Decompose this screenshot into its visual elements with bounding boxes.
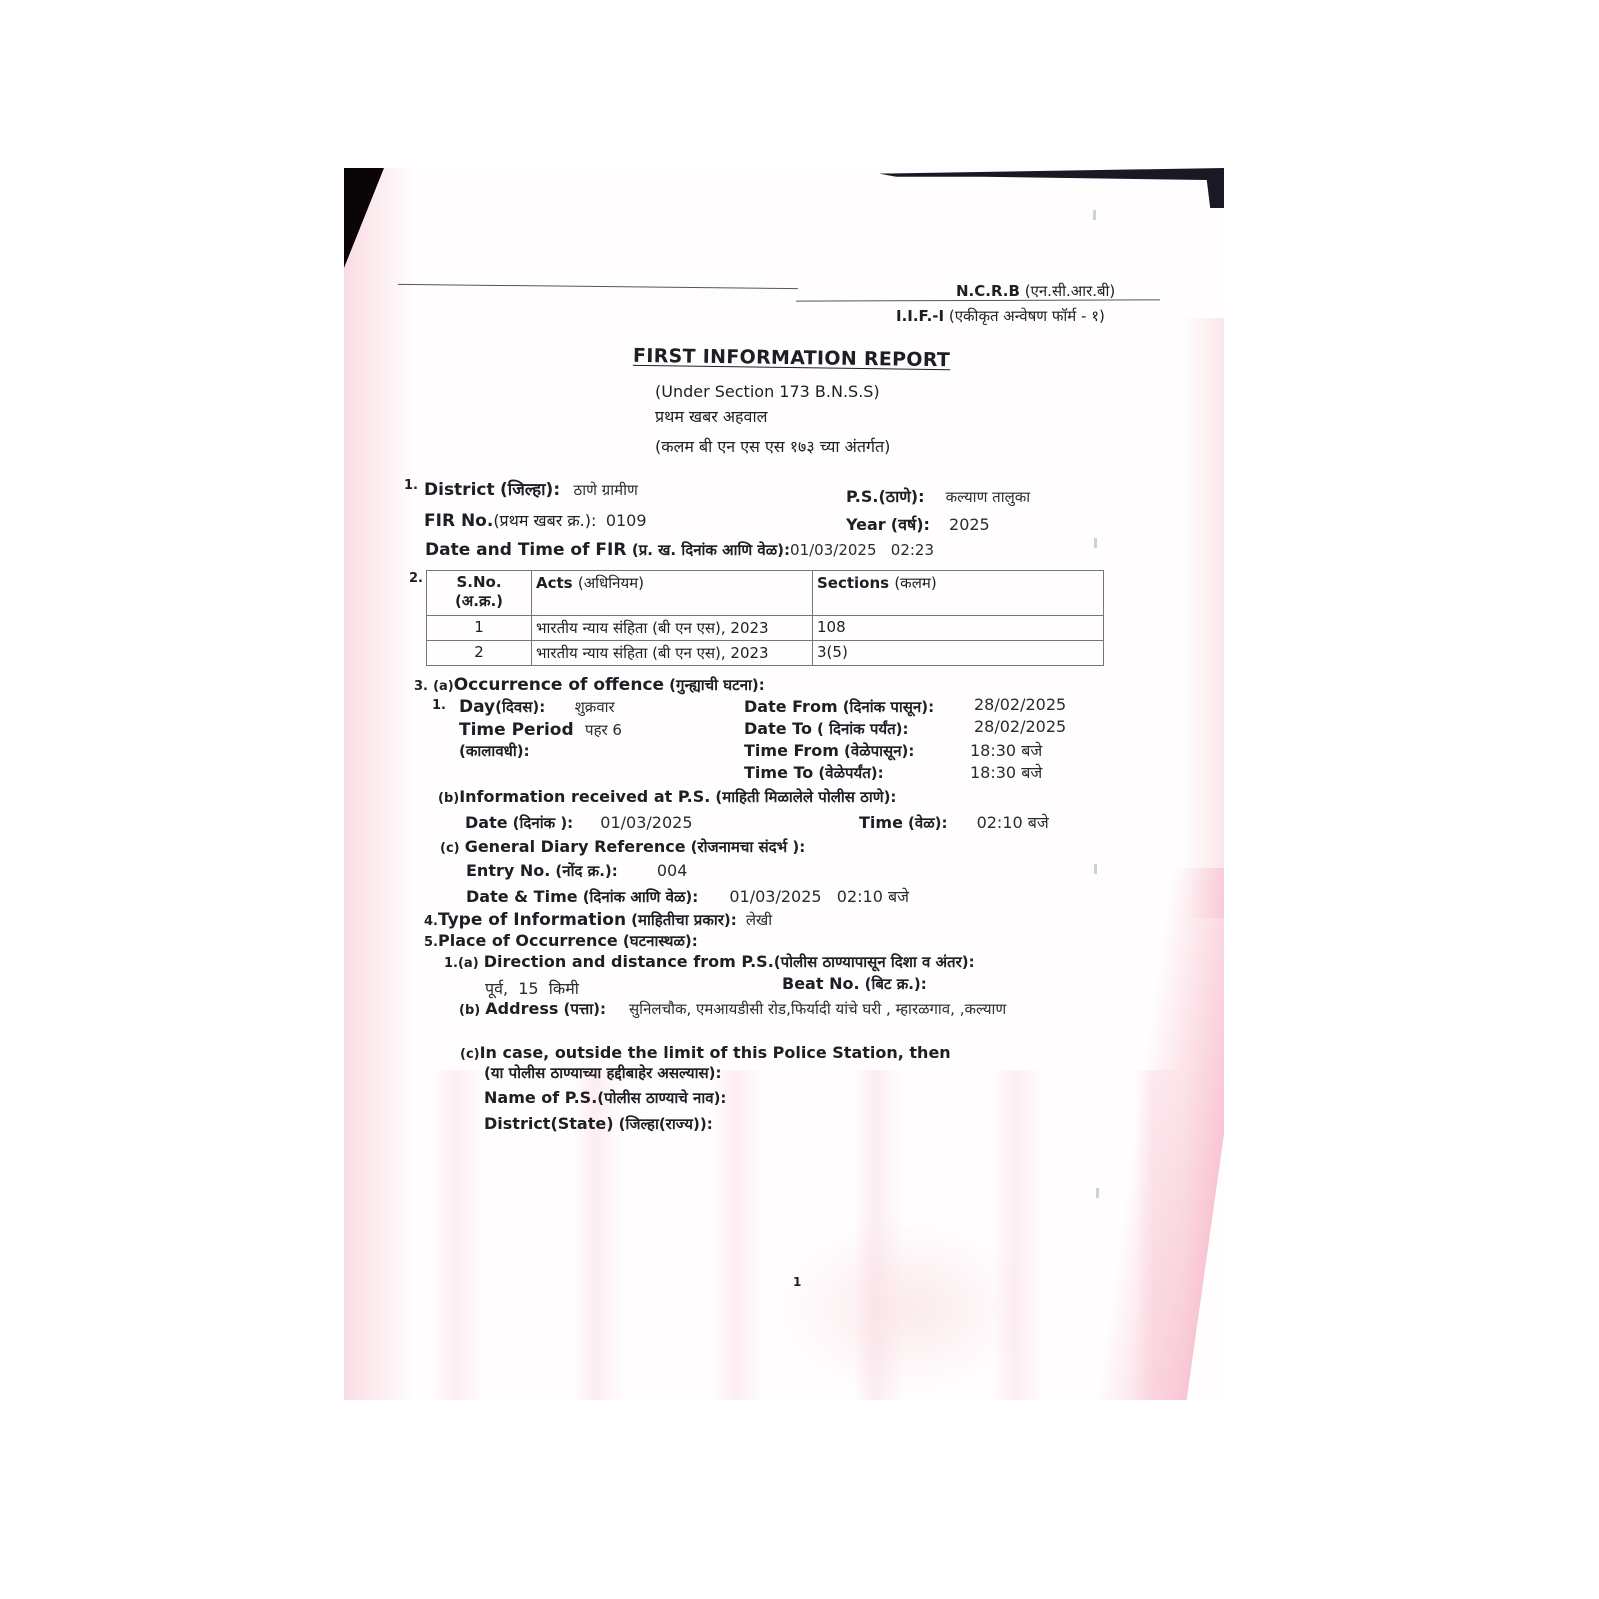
occurrence-label: Occurrence of offence bbox=[454, 675, 664, 695]
entry-no-field: Entry No. (नोंद क्र.): 004 bbox=[466, 861, 687, 881]
iif-header: I.I.F.-I (एकीकृत अन्वेषण फॉर्म - १) bbox=[896, 306, 1105, 326]
year-label-dev: (वर्ष): bbox=[891, 515, 930, 534]
scan-tint bbox=[344, 168, 414, 1400]
direction-value: पूर्व, 15 किमी bbox=[485, 977, 579, 999]
diary-datetime-field: Date & Time (दिनांक आणि वेळ): 01/03/2025… bbox=[466, 885, 909, 907]
date-to-label-dev: ( दिनांक पर्यंत): bbox=[817, 720, 909, 738]
entry-no-label: Entry No. bbox=[466, 861, 550, 880]
info-date-label: Date bbox=[465, 813, 508, 832]
page-corner-shadow bbox=[344, 168, 384, 268]
fir-value: 0109 bbox=[606, 511, 647, 530]
ncrb-header: N.C.R.B (एन.सी.आर.बी) bbox=[956, 281, 1115, 301]
ps-label: P.S. bbox=[846, 487, 878, 506]
info-type-value: लेखी bbox=[746, 911, 772, 929]
info-time-value: 02:10 बजे bbox=[977, 813, 1049, 832]
date-to-label: Date To bbox=[744, 719, 812, 738]
date-to-field: Date To ( दिनांक पर्यंत): bbox=[744, 719, 909, 739]
sub-tag: (c) bbox=[440, 841, 460, 856]
scan-tint bbox=[344, 1070, 1224, 1400]
occurrence-label-dev: (गुन्ह्याची घटना): bbox=[669, 676, 765, 694]
date-to-value: 28/02/2025 bbox=[974, 717, 1066, 736]
fir-label: FIR No. bbox=[424, 511, 493, 531]
info-type-field: 4.Type of Information (माहितीचा प्रकार):… bbox=[424, 910, 772, 930]
place-label-dev: (घटनास्थळ): bbox=[623, 932, 698, 950]
district-state-label: District(State) bbox=[484, 1114, 614, 1133]
ps-value: कल्याण तालुका bbox=[946, 488, 1031, 506]
fir-no-field: FIR No.(प्रथम खबर क्र.): 0109 bbox=[424, 509, 647, 531]
occurrence-heading: 3. (a)Occurrence of offence (गुन्ह्याची … bbox=[414, 675, 765, 695]
time-from-field: Time From (वेळेपासून): bbox=[744, 741, 914, 761]
info-type-label-dev: (माहितीचा प्रकार): bbox=[631, 911, 737, 929]
scan-speck bbox=[1093, 210, 1096, 220]
section-number: 4. bbox=[424, 914, 438, 929]
section-number: 3. bbox=[414, 679, 428, 694]
date-from-value: 28/02/2025 bbox=[974, 695, 1066, 714]
time-to-label-dev: (वेळेपर्यंत): bbox=[818, 764, 883, 782]
header-sno: S.No. (अ.क्र.) bbox=[427, 571, 532, 616]
diary-datetime-label: Date & Time bbox=[466, 887, 578, 906]
date-from-label: Date From bbox=[744, 697, 838, 716]
outside-limit-heading: (c)In case, outside the limit of this Po… bbox=[460, 1043, 951, 1062]
iif-label: I.I.F.-I bbox=[896, 307, 944, 325]
date-from-field: Date From (दिनांक पासून): bbox=[744, 697, 934, 717]
ps-field: P.S.(ठाणे): कल्याण तालुका bbox=[846, 485, 1030, 507]
info-date-label-dev: (दिनांक ): bbox=[513, 814, 574, 832]
page-edge-shadow bbox=[879, 168, 1224, 208]
scan-tint bbox=[1097, 868, 1224, 1400]
acts-sections-table: S.No. (अ.क्र.) Acts (अधिनियम) Sections (… bbox=[426, 570, 1104, 666]
header-acts-dev: (अधिनियम) bbox=[578, 574, 644, 592]
info-time-label-dev: (वेळ): bbox=[908, 814, 947, 832]
day-field: Day(दिवस): शुक्रवार bbox=[459, 697, 615, 717]
day-label: Day bbox=[459, 697, 495, 717]
general-diary-label-dev: (रोजनामचा संदर्भ ): bbox=[691, 838, 806, 856]
header-sno-label: S.No. bbox=[456, 573, 501, 591]
cell-act: भारतीय न्याय संहिता (बी एन एस), 2023 bbox=[532, 616, 813, 641]
address-label-dev: (पत्ता): bbox=[563, 1000, 605, 1018]
table-row: 1 भारतीय न्याय संहिता (बी एन एस), 2023 1… bbox=[427, 616, 1104, 641]
document-title: FIRST INFORMATION REPORT bbox=[633, 345, 950, 371]
time-from-label-dev: (वेळेपासून): bbox=[844, 742, 914, 760]
marathi-title: प्रथम खबर अहवाल bbox=[655, 405, 767, 427]
time-period-label: Time Period bbox=[459, 720, 574, 740]
header-sections: Sections (कलम) bbox=[813, 571, 1104, 616]
scan-speck bbox=[1094, 538, 1097, 548]
table-row: 2 भारतीय न्याय संहिता (बी एन एस), 2023 3… bbox=[427, 641, 1104, 666]
beat-no-label: Beat No. bbox=[782, 974, 860, 993]
time-from-value: 18:30 बजे bbox=[970, 739, 1042, 761]
time-from-label: Time From bbox=[744, 741, 839, 760]
under-section: (Under Section 173 B.N.S.S) bbox=[655, 382, 880, 401]
district-field: District (जिल्हा): ठाणे ग्रामीण bbox=[424, 477, 638, 500]
beat-no-field: Beat No. (बिट क्र.): bbox=[782, 974, 927, 994]
diary-datetime-value: 01/03/2025 02:10 बजे bbox=[729, 887, 909, 906]
header-acts-label: Acts bbox=[536, 574, 573, 592]
scan-tint bbox=[1184, 318, 1224, 918]
ps-label-dev: (ठाणे): bbox=[878, 487, 924, 506]
scan-tint bbox=[774, 1218, 1034, 1398]
header-acts: Acts (अधिनियम) bbox=[532, 571, 813, 616]
date-from-label-dev: (दिनांक पासून): bbox=[843, 698, 934, 716]
district-state-field: District(State) (जिल्हा(राज्य)): bbox=[484, 1114, 713, 1134]
cell-sno: 2 bbox=[427, 641, 532, 666]
sub-tag: 1.(a) bbox=[444, 956, 479, 971]
entry-no-value: 004 bbox=[657, 861, 688, 880]
info-received-heading: (b)Information received at P.S. (माहिती … bbox=[438, 787, 896, 807]
year-label: Year bbox=[846, 515, 886, 534]
sub-tag: (c) bbox=[460, 1047, 480, 1062]
sub-number: 1. bbox=[432, 698, 446, 713]
diary-datetime-label-dev: (दिनांक आणि वेळ): bbox=[583, 888, 699, 906]
cell-section: 3(5) bbox=[813, 641, 1104, 666]
iif-label-dev: (एकीकृत अन्वेषण फॉर्म - १) bbox=[949, 307, 1105, 325]
time-period-value: पहर 6 bbox=[585, 721, 622, 739]
scan-speck bbox=[1096, 1188, 1099, 1198]
section-number: 2. bbox=[409, 571, 423, 586]
time-to-label: Time To bbox=[744, 763, 813, 782]
table-header-row: S.No. (अ.क्र.) Acts (अधिनियम) Sections (… bbox=[427, 571, 1104, 616]
time-to-field: Time To (वेळेपर्यंत): bbox=[744, 763, 884, 783]
day-label-dev: (दिवस): bbox=[495, 698, 545, 716]
sub-tag: (b) bbox=[438, 791, 459, 806]
info-time-field: Time (वेळ): 02:10 बजे bbox=[859, 811, 1049, 833]
sub-tag: (b) bbox=[459, 1003, 480, 1018]
address-value: सुनिलचौक, एमआयडीसी रोड,फिर्यादी यांचे घर… bbox=[629, 1000, 1006, 1018]
direction-heading: 1.(a) Direction and distance from P.S.(प… bbox=[444, 952, 975, 972]
cell-sno: 1 bbox=[427, 616, 532, 641]
fir-datetime-label-dev: (प्र. ख. दिनांक आणि वेळ): bbox=[632, 541, 790, 559]
beat-no-label-dev: (बिट क्र.): bbox=[865, 975, 927, 993]
ps-name-field: Name of P.S.(पोलीस ठाण्याचे नाव): bbox=[484, 1088, 726, 1108]
fir-datetime-value: 01/03/2025 02:23 bbox=[790, 541, 934, 559]
info-time-label: Time bbox=[859, 813, 903, 832]
section-number: 1. bbox=[404, 478, 418, 493]
header-sections-label: Sections bbox=[817, 574, 889, 592]
scan-speck bbox=[1094, 864, 1097, 874]
outside-limit-label: In case, outside the limit of this Polic… bbox=[480, 1043, 951, 1062]
info-date-field: Date (दिनांक ): 01/03/2025 bbox=[465, 813, 693, 833]
district-label: District bbox=[424, 480, 495, 500]
entry-no-label-dev: (नोंद क्र.): bbox=[555, 862, 617, 880]
district-label-dev: (जिल्हा): bbox=[500, 480, 560, 500]
general-diary-heading: (c) General Diary Reference (रोजनामचा सं… bbox=[440, 837, 805, 857]
marathi-section: (कलम बी एन एस एस १७३ च्या अंतर्गत) bbox=[655, 435, 890, 457]
info-date-value: 01/03/2025 bbox=[600, 813, 692, 832]
day-value: शुक्रवार bbox=[575, 698, 615, 716]
general-diary-label: General Diary Reference bbox=[465, 837, 686, 856]
cell-act: भारतीय न्याय संहिता (बी एन एस), 2023 bbox=[532, 641, 813, 666]
year-value: 2025 bbox=[949, 515, 990, 534]
info-received-label: Information received at P.S. bbox=[459, 787, 710, 806]
section-number: 5. bbox=[424, 935, 438, 950]
info-type-label: Type of Information bbox=[438, 910, 626, 930]
address-label: Address bbox=[485, 999, 558, 1018]
info-received-label-dev: (माहिती मिळालेले पोलीस ठाणे): bbox=[715, 788, 896, 806]
ncrb-label: N.C.R.B bbox=[956, 282, 1020, 300]
page-number: 1 bbox=[793, 1275, 801, 1289]
sub-tag: (a) bbox=[433, 679, 454, 694]
time-to-value: 18:30 बजे bbox=[970, 761, 1042, 783]
outside-limit-label-dev: (या पोलीस ठाण्याच्या हद्दीबाहेर असल्यास)… bbox=[484, 1063, 721, 1083]
direction-label-dev: (पोलीस ठाण्यापासून दिशा व अंतर): bbox=[774, 953, 975, 971]
time-period-field: Time Period पहर 6 bbox=[459, 720, 622, 740]
district-state-label-dev: (जिल्हा(राज्य)): bbox=[619, 1115, 713, 1133]
ps-name-label-dev: (पोलीस ठाण्याचे नाव): bbox=[597, 1089, 726, 1107]
year-field: Year (वर्ष): 2025 bbox=[846, 513, 990, 535]
direction-label: Direction and distance from P.S. bbox=[484, 952, 774, 971]
fir-datetime-field: Date and Time of FIR (प्र. ख. दिनांक आणि… bbox=[425, 540, 934, 560]
ncrb-label-dev: (एन.सी.आर.बी) bbox=[1025, 282, 1116, 300]
time-period-label-dev: (कालावधी): bbox=[459, 741, 530, 761]
fir-datetime-label: Date and Time of FIR bbox=[425, 540, 626, 560]
header-sno-dev: (अ.क्र.) bbox=[455, 592, 503, 610]
address-field: (b) Address (पत्ता): सुनिलचौक, एमआयडीसी … bbox=[459, 999, 1006, 1019]
fir-label-dev: (प्रथम खबर क्र.): bbox=[493, 511, 596, 530]
header-sections-dev: (कलम) bbox=[894, 574, 936, 592]
place-label: Place of Occurrence bbox=[438, 931, 618, 950]
district-value: ठाणे ग्रामीण bbox=[574, 481, 638, 499]
place-heading: 5.Place of Occurrence (घटनास्थळ): bbox=[424, 931, 698, 951]
ps-name-label: Name of P.S. bbox=[484, 1088, 597, 1107]
cell-section: 108 bbox=[813, 616, 1104, 641]
